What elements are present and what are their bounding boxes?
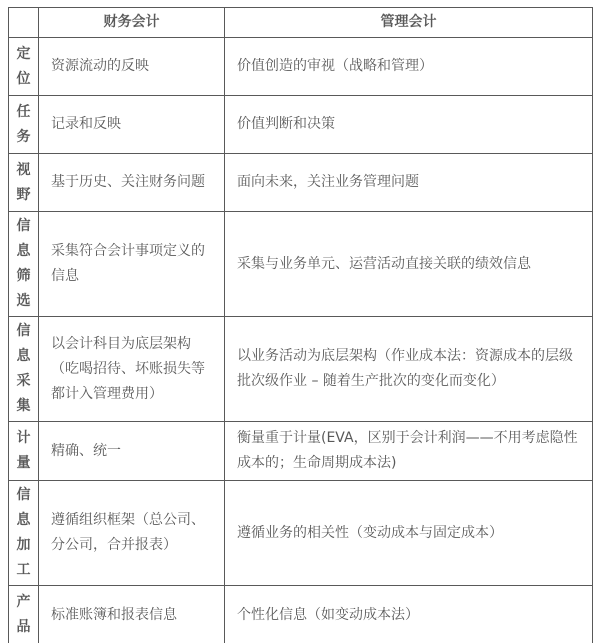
financial-cell-product: 标准账簿和报表信息 — [39, 586, 225, 643]
table-row-measurement: 计量 精确、统一 衡量重于计量(EVA，区别于会计利润——不用考虑隐性成本的；生… — [9, 422, 593, 481]
financial-cell-positioning: 资源流动的反映 — [39, 38, 225, 96]
row-header-vision: 视野 — [9, 154, 39, 212]
column-header-financial-accounting: 财务会计 — [39, 8, 225, 38]
financial-cell-info-processing: 遵循组织框架（总公司、分公司，合并报表） — [39, 481, 225, 586]
row-header-info-collection: 信息采集 — [9, 317, 39, 422]
corner-cell — [9, 8, 39, 38]
management-cell-vision: 面向未来，关注业务管理问题 — [225, 154, 593, 212]
table-row-product: 产品 标准账簿和报表信息 个性化信息（如变动成本法） — [9, 586, 593, 643]
table-row-positioning: 定位 资源流动的反映 价值创造的审视（战略和管理） — [9, 38, 593, 96]
row-header-product: 产品 — [9, 586, 39, 643]
management-cell-info-screening: 采集与业务单元、运营活动直接关联的绩效信息 — [225, 212, 593, 317]
financial-cell-task: 记录和反映 — [39, 96, 225, 154]
row-header-info-screening: 信息筛选 — [9, 212, 39, 317]
financial-cell-info-screening: 采集符合会计事项定义的信息 — [39, 212, 225, 317]
accounting-comparison-table: 财务会计 管理会计 定位 资源流动的反映 价值创造的审视（战略和管理） 任务 记… — [8, 7, 593, 643]
table-header-row: 财务会计 管理会计 — [9, 8, 593, 38]
management-cell-product: 个性化信息（如变动成本法） — [225, 586, 593, 643]
management-cell-measurement: 衡量重于计量(EVA，区别于会计利润——不用考虑隐性成本的；生命周期成本法) — [225, 422, 593, 481]
financial-cell-info-collection: 以会计科目为底层架构（吃喝招待、坏账损失等都计入管理费用） — [39, 317, 225, 422]
row-header-positioning: 定位 — [9, 38, 39, 96]
row-header-task: 任务 — [9, 96, 39, 154]
row-header-measurement: 计量 — [9, 422, 39, 481]
column-header-management-accounting: 管理会计 — [225, 8, 593, 38]
table-row-task: 任务 记录和反映 价值判断和决策 — [9, 96, 593, 154]
table-row-info-processing: 信息加工 遵循组织框架（总公司、分公司，合并报表） 遵循业务的相关性（变动成本与… — [9, 481, 593, 586]
management-cell-positioning: 价值创造的审视（战略和管理） — [225, 38, 593, 96]
table-row-vision: 视野 基于历史、关注财务问题 面向未来，关注业务管理问题 — [9, 154, 593, 212]
management-cell-info-collection: 以业务活动为底层架构（作业成本法：资源成本的层级 批次级作业 – 随着生产批次的… — [225, 317, 593, 422]
financial-cell-vision: 基于历史、关注财务问题 — [39, 154, 225, 212]
management-cell-task: 价值判断和决策 — [225, 96, 593, 154]
table-row-info-screening: 信息筛选 采集符合会计事项定义的信息 采集与业务单元、运营活动直接关联的绩效信息 — [9, 212, 593, 317]
management-cell-info-processing: 遵循业务的相关性（变动成本与固定成本） — [225, 481, 593, 586]
row-header-info-processing: 信息加工 — [9, 481, 39, 586]
document-page: 财务会计 管理会计 定位 资源流动的反映 价值创造的审视（战略和管理） 任务 记… — [0, 0, 600, 643]
table-row-info-collection: 信息采集 以会计科目为底层架构（吃喝招待、坏账损失等都计入管理费用） 以业务活动… — [9, 317, 593, 422]
financial-cell-measurement: 精确、统一 — [39, 422, 225, 481]
